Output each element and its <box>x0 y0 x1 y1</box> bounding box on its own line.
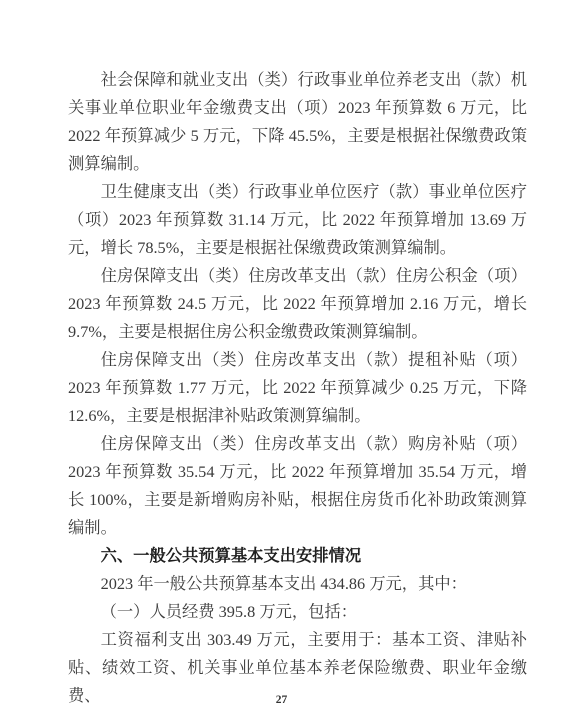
paragraph: 住房保障支出（类）住房改革支出（款）购房补贴（项）2023 年预算数 35.54… <box>68 430 527 542</box>
paragraph: 住房保障支出（类）住房改革支出（款）住房公积金（项）2023 年预算数 24.5… <box>68 262 527 346</box>
paragraph: 2023 年一般公共预算基本支出 434.86 万元，其中： <box>68 570 527 598</box>
paragraph: 社会保障和就业支出（类）行政事业单位养老支出（款）机关事业单位职业年金缴费支出（… <box>68 66 527 178</box>
paragraph: 卫生健康支出（类）行政事业单位医疗（款）事业单位医疗（项）2023 年预算数 3… <box>68 178 527 262</box>
document-page: 社会保障和就业支出（类）行政事业单位养老支出（款）机关事业单位职业年金缴费支出（… <box>0 0 563 727</box>
section-heading: 六、一般公共预算基本支出安排情况 <box>68 542 527 570</box>
paragraph: （一）人员经费 395.8 万元，包括： <box>68 598 527 626</box>
paragraph: 住房保障支出（类）住房改革支出（款）提租补贴（项）2023 年预算数 1.77 … <box>68 346 527 430</box>
page-number: 27 <box>0 693 563 707</box>
document-body: 社会保障和就业支出（类）行政事业单位养老支出（款）机关事业单位职业年金缴费支出（… <box>68 66 527 710</box>
